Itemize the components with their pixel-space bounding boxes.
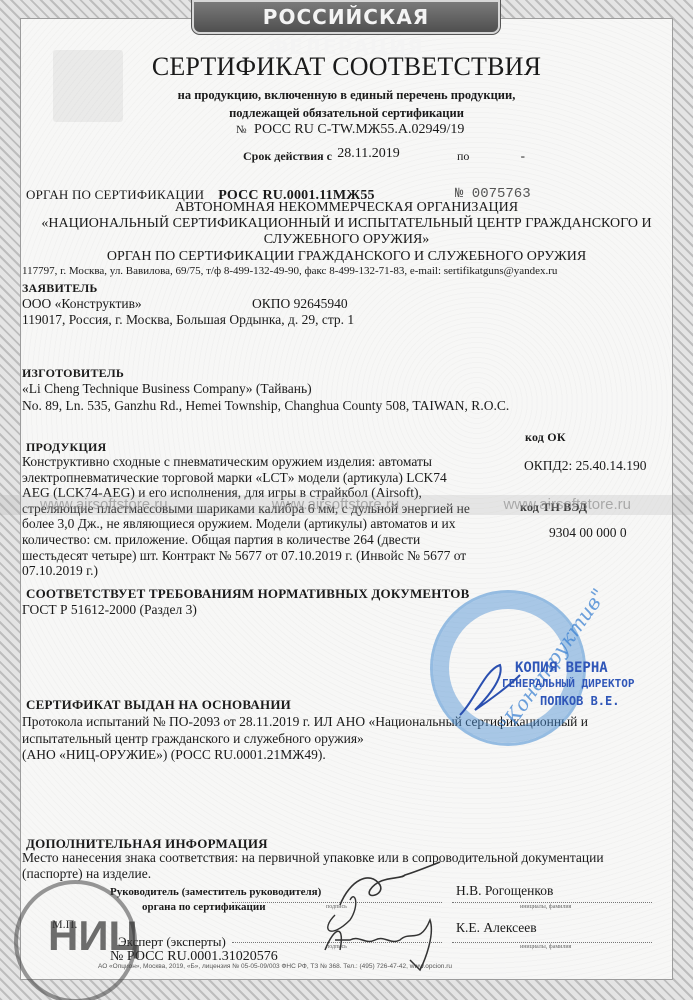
additional-info-line2: (паспорте) на изделие.: [22, 866, 151, 882]
watermark-text: www.airsoftstore.ru: [40, 495, 168, 515]
number-label: №: [236, 124, 247, 136]
applicant-name: ООО «Конструктив»: [22, 296, 142, 312]
applicant-okpo: ОКПО 92645940: [252, 296, 348, 312]
basis-label: СЕРТИФИКАТ ВЫДАН НА ОСНОВАНИИ: [26, 697, 291, 713]
product-line: электропневматические торговой марки «LC…: [22, 470, 517, 486]
expert-name-caption: инициалы, фамилия: [520, 944, 571, 950]
head-label-line1: Руководитель (заместитель руководителя): [110, 886, 321, 898]
copy-stamp-line3: ПОПКОВ В.Е.: [540, 694, 619, 708]
director-signature-icon: [455, 660, 525, 720]
product-description: Конструктивно сходные с пневматическим о…: [22, 454, 517, 579]
basis-line3: (АНО «НИЦ-ОРУЖИЕ») (РОСС RU.0001.21МЖ49)…: [22, 747, 326, 763]
validity-from: 28.11.2019: [337, 146, 399, 161]
head-name-caption: инициалы, фамилия: [520, 904, 571, 910]
org-line2: «НАЦИОНАЛЬНЫЙ СЕРТИФИКАЦИОННЫЙ И ИСПЫТАТ…: [0, 216, 693, 232]
validity-period: Срок действия с 28.11.2019 по -: [243, 148, 525, 165]
watermark-text: www.airsoftstore.ru: [503, 495, 631, 515]
expert-signature-icon: [320, 915, 450, 975]
manufacturer-label: ИЗГОТОВИТЕЛЬ: [22, 366, 124, 381]
org-line4: ОРГАН ПО СЕРТИФИКАЦИИ ГРАЖДАНСКОГО И СЛУ…: [0, 249, 693, 265]
expert-name: К.Е. Алексеев: [456, 920, 537, 936]
basis-line2: испытательный центр гражданского и служе…: [22, 731, 364, 747]
certification-body-seal: НИЦ: [14, 880, 137, 1000]
applicant-label: ЗАЯВИТЕЛЬ: [22, 281, 98, 296]
validity-label: Срок действия с: [243, 149, 332, 163]
manufacturer-address: No. 89, Ln. 535, Ganzhu Rd., Hemei Towns…: [22, 398, 509, 414]
ok-code-value: ОКПД2: 25.40.14.190: [524, 458, 646, 474]
expert-name-line: [452, 942, 652, 943]
product-line: количество: см. приложение. Общая партия…: [22, 532, 517, 548]
validity-to-label: по: [457, 149, 469, 163]
org-address: 117797, г. Москва, ул. Вавилова, 69/75, …: [22, 265, 557, 277]
head-name: Н.В. Рогощенков: [456, 883, 553, 899]
manufacturer-name: «Li Cheng Technique Business Company» (Т…: [22, 381, 312, 397]
validity-to: -: [521, 148, 525, 163]
number-value: РОСС RU C-TW.МЖ55.А.02949/19: [254, 122, 464, 137]
product-line: более 3,0 Дж., не являющиеся оружием. Мо…: [22, 516, 517, 532]
conformity-label: СООТВЕТСТВУЕТ ТРЕБОВАНИЯМ НОРМАТИВНЫХ ДО…: [26, 586, 469, 602]
subtitle-line2: подлежащей обязательной сертификации: [0, 106, 693, 121]
seal-place-label: М.П.: [52, 917, 77, 932]
country-banner: РОССИЙСКАЯ ФЕДЕРАЦИЯ: [192, 0, 500, 34]
conformity-standard: ГОСТ Р 51612-2000 (Раздел 3): [22, 602, 197, 618]
head-name-line: [452, 902, 652, 903]
product-label: ПРОДУКЦИЯ: [26, 440, 106, 455]
watermark-strip: www.airsoftstore.ru www.airsoftstore.ru …: [0, 495, 693, 515]
product-line: шестьдесят четыре) шт. Контракт № 5677 о…: [22, 548, 517, 564]
product-line: Конструктивно сходные с пневматическим о…: [22, 454, 517, 470]
product-line: 07.10.2019 г.): [22, 563, 517, 579]
copy-stamp-line1: КОПИЯ ВЕРНА: [515, 660, 608, 676]
applicant-address: 119017, Россия, г. Москва, Большая Ордын…: [22, 312, 354, 328]
watermark-text: www.airsoftstore.ru: [272, 495, 400, 515]
subtitle-line1: на продукцию, включенную в единый перече…: [0, 88, 693, 103]
org-line1: АВТОНОМНАЯ НЕКОММЕРЧЕСКАЯ ОРГАНИЗАЦИЯ: [0, 200, 693, 216]
tn-ved-value: 9304 00 000 0: [549, 525, 627, 541]
org-line3: СЛУЖЕБНОГО ОРУЖИЯ»: [0, 232, 693, 248]
certificate-number: № РОСС RU C-TW.МЖ55.А.02949/19: [236, 122, 464, 138]
ok-code-label: код ОК: [525, 430, 566, 445]
